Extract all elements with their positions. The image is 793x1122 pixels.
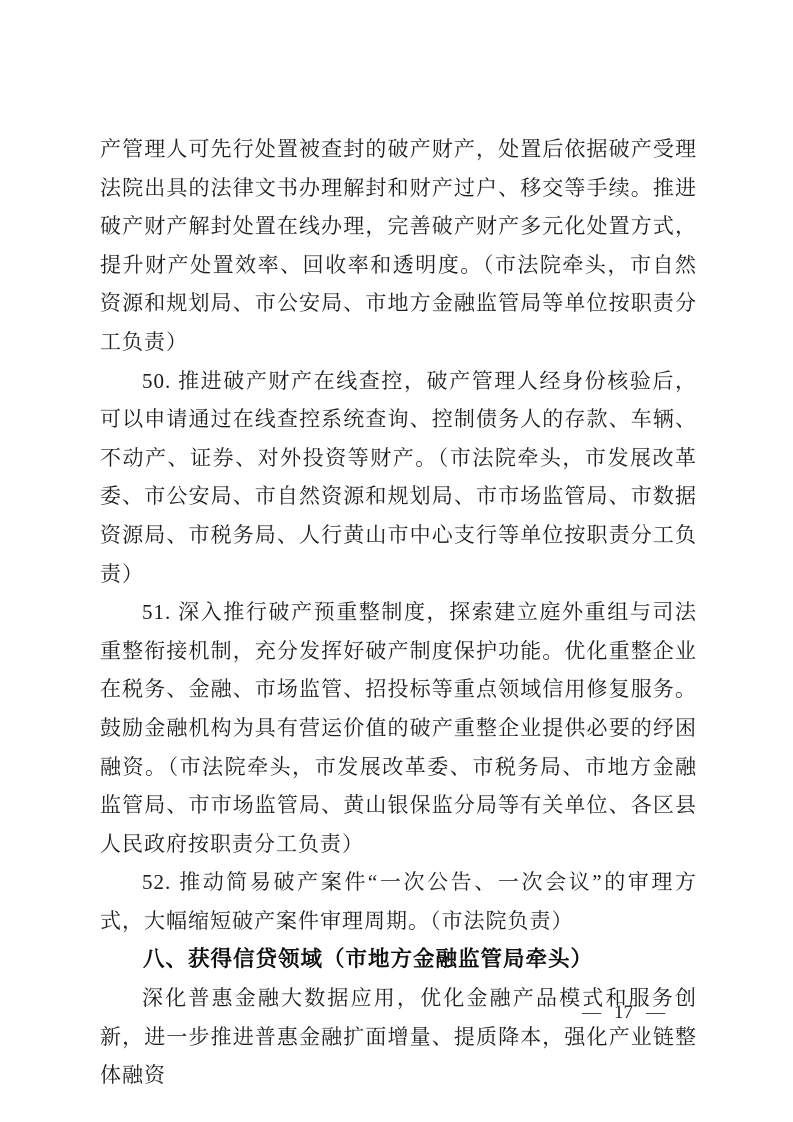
document-body: 产管理人可先行处置被查封的破产财产，处置后依据破产受理法院出具的法律文书办理解封… (100, 130, 697, 1095)
document-page: 产管理人可先行处置被查封的破产财产，处置后依据破产受理法院出具的法律文书办理解封… (0, 0, 793, 1122)
paragraph-item-50: 50. 推进破产财产在线查控，破产管理人经身份核验后，可以申请通过在线查控系统查… (100, 362, 697, 594)
section-heading-credit-domain: 八、获得信贷领域（市地方金融监管局牵头） (100, 940, 697, 979)
page-footer: — 17 — (582, 1002, 665, 1024)
responsibility-attribution: （市法院牵头，市发展改革委、市税务局、市地方金融监管局、市市场监管局、黄山银保监… (100, 755, 697, 856)
page-number: 17 (614, 1002, 633, 1024)
responsibility-attribution: （市法院负责） (430, 909, 574, 933)
paragraph-continuation: 产管理人可先行处置被查封的破产财产，处置后依据破产受理法院出具的法律文书办理解封… (100, 130, 697, 362)
paragraph-text: 52. 推动简易破产案件“一次公告、一次会议”的审理方式，大幅缩短破产案件审理周… (100, 870, 697, 933)
paragraph-item-52: 52. 推动简易破产案件“一次公告、一次会议”的审理方式，大幅缩短破产案件审理周… (100, 863, 697, 940)
paragraph-credit-intro: 深化普惠金融大数据应用，优化金融产品模式和服务创新，进一步推进普惠金融扩面增量、… (100, 979, 697, 1095)
footer-dash-right: — (646, 1002, 665, 1024)
paragraph-item-51: 51. 深入推行破产预重整制度，探索建立庭外重组与司法重整衔接机制，充分发挥好破… (100, 593, 697, 863)
paragraph-text: 51. 深入推行破产预重整制度，探索建立庭外重组与司法重整衔接机制，充分发挥好破… (100, 600, 697, 778)
footer-dash-left: — (582, 1002, 601, 1024)
